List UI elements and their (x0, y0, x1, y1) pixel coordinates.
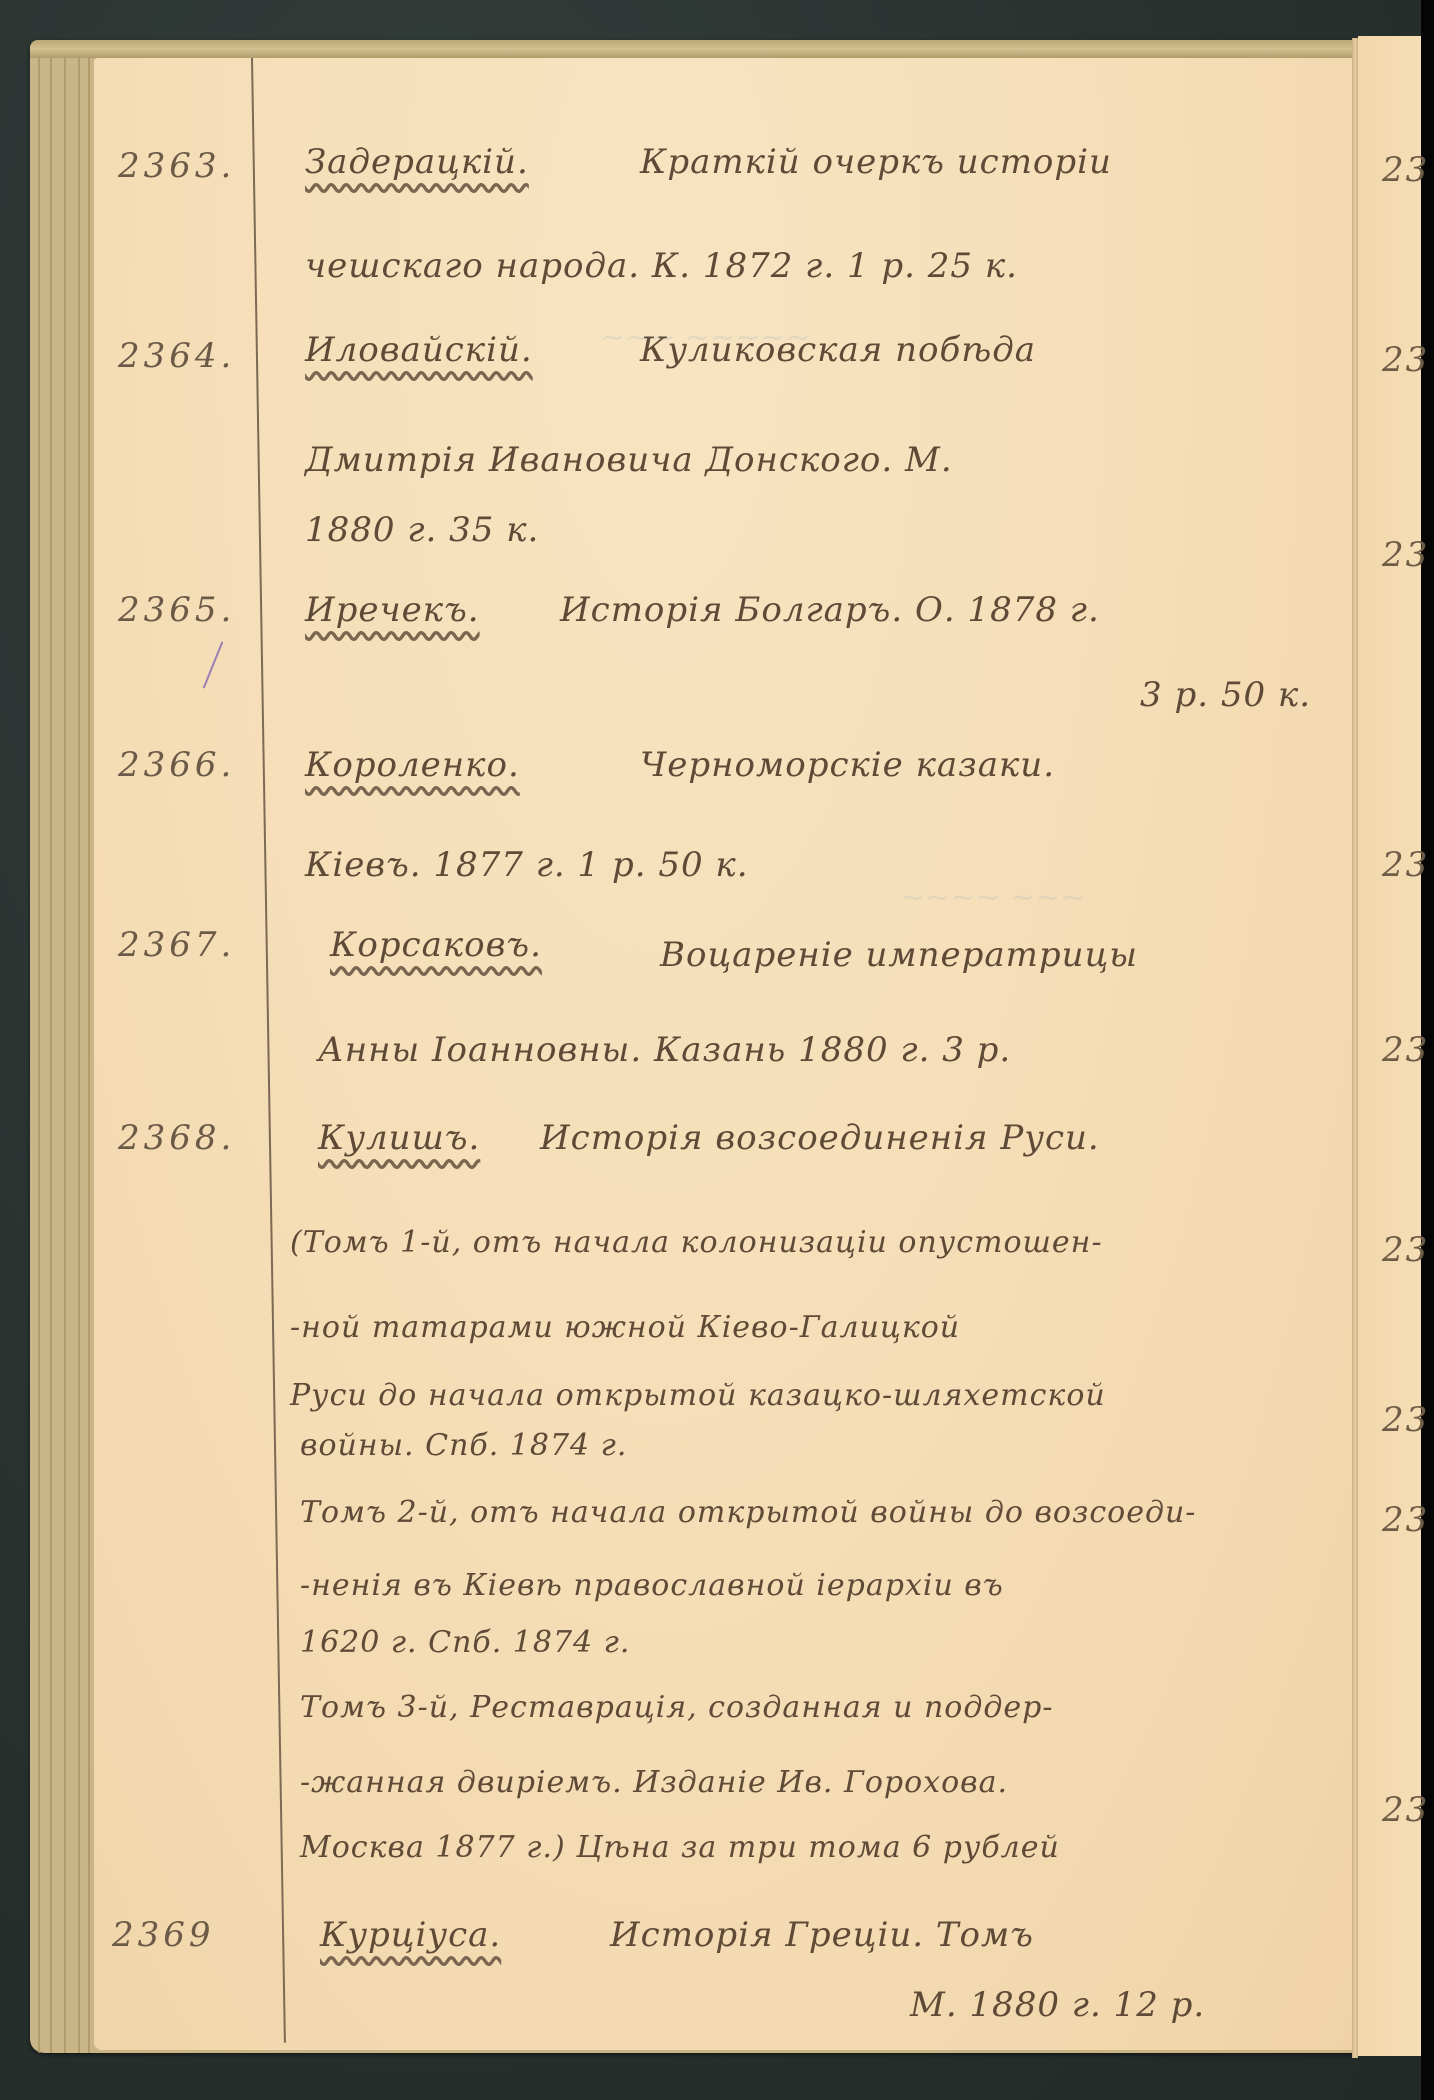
page-edge-line (38, 40, 40, 2053)
entry-text-line: 1620 г. Спб. 1874 г. (300, 1625, 630, 1660)
entry-number: 2369 (112, 1915, 215, 1955)
entry-text-line: Исторія возсоединенія Руси. (540, 1118, 1100, 1158)
entry-author: Задерацкій. (305, 142, 529, 182)
entry-author: Корсаковъ. (330, 925, 542, 965)
page-top-edge (30, 40, 1360, 58)
entry-text-line: Руси до начала открытой казацко-шляхетск… (290, 1378, 1106, 1413)
facing-page-number: 23 (1382, 1030, 1429, 1070)
entry-text-line: Томъ 2-й, отъ начала открытой войны до в… (300, 1495, 1196, 1530)
entry-text-line: Москва 1877 г.) Цѣна за три тома 6 рубле… (300, 1830, 1060, 1865)
entry-text-line: Исторія Греціи. Томъ (610, 1915, 1034, 1955)
page-edge-line (78, 40, 80, 2053)
entry-text-line: -ненія въ Кіевѣ православной іерархіи въ (300, 1568, 1004, 1603)
entry-text-line: Дмитрія Ивановича Донского. М. (305, 440, 953, 480)
facing-page-number: 23 (1382, 340, 1429, 380)
entry-author: Кулишъ. (318, 1118, 480, 1158)
entry-text-line: Исторія Болгаръ. О. 1878 г. (560, 590, 1100, 630)
entry-text-line: Черноморскіе казаки. (640, 745, 1055, 785)
entry-number: 2363. (118, 146, 235, 186)
entry-number: 2367. (118, 925, 235, 965)
entry-text-line: 1880 г. 35 к. (305, 510, 539, 550)
facing-page-number: 23 (1382, 150, 1429, 190)
facing-page-number: 23 (1382, 1230, 1429, 1270)
page-edge-line (50, 40, 52, 2053)
entry-number: 2365. (118, 590, 235, 630)
entry-text-line: -жанная двиріемъ. Изданіе Ив. Горохова. (300, 1765, 1008, 1800)
entry-text-line: Краткій очеркъ исторіи (640, 142, 1112, 182)
entry-author: Иречекъ. (305, 590, 480, 630)
entry-text-line: Томъ 3-й, Реставрація, созданная и подде… (300, 1690, 1053, 1725)
facing-page-number: 23 (1382, 845, 1429, 885)
entry-text-line: -ной татарами южной Кіево-Галицкой (290, 1310, 960, 1345)
entry-text-line: Воцареніе императрицы (660, 935, 1138, 975)
entry-text-line: чешскаго народа. К. 1872 г. 1 р. 25 к. (305, 246, 1018, 286)
entry-number: 2366. (118, 745, 235, 785)
entry-number: 2368. (118, 1118, 235, 1158)
page-edge-line (88, 40, 90, 2053)
entry-text-line: Кіевъ. 1877 г. 1 р. 50 к. (305, 845, 749, 885)
entry-author: Иловайскій. (305, 330, 533, 370)
entry-author: Короленко. (305, 745, 520, 785)
entry-text-line: (Томъ 1-й, отъ начала колонизаціи опусто… (290, 1225, 1103, 1260)
facing-page-number: 23 (1382, 1790, 1429, 1830)
bleed-through-text: ~~~~ ~~~ (900, 880, 1086, 915)
entry-text-line: войны. Спб. 1874 г. (300, 1428, 627, 1463)
entry-text-line: Анны Іоанновны. Казань 1880 г. 3 р. (318, 1030, 1011, 1070)
facing-page-number: 23 (1382, 1400, 1429, 1440)
entry-text-line: Куликовская побѣда (640, 330, 1036, 370)
facing-page-number: 23 (1382, 1500, 1429, 1540)
entry-price: 3 р. 50 к. (1140, 675, 1311, 715)
entry-author: Курціуса. (320, 1915, 501, 1955)
entry-text-line: М. 1880 г. 12 р. (910, 1985, 1205, 2025)
facing-page-number: 23 (1382, 535, 1429, 575)
page-edge-line (64, 40, 66, 2053)
entry-number: 2364. (118, 336, 235, 376)
